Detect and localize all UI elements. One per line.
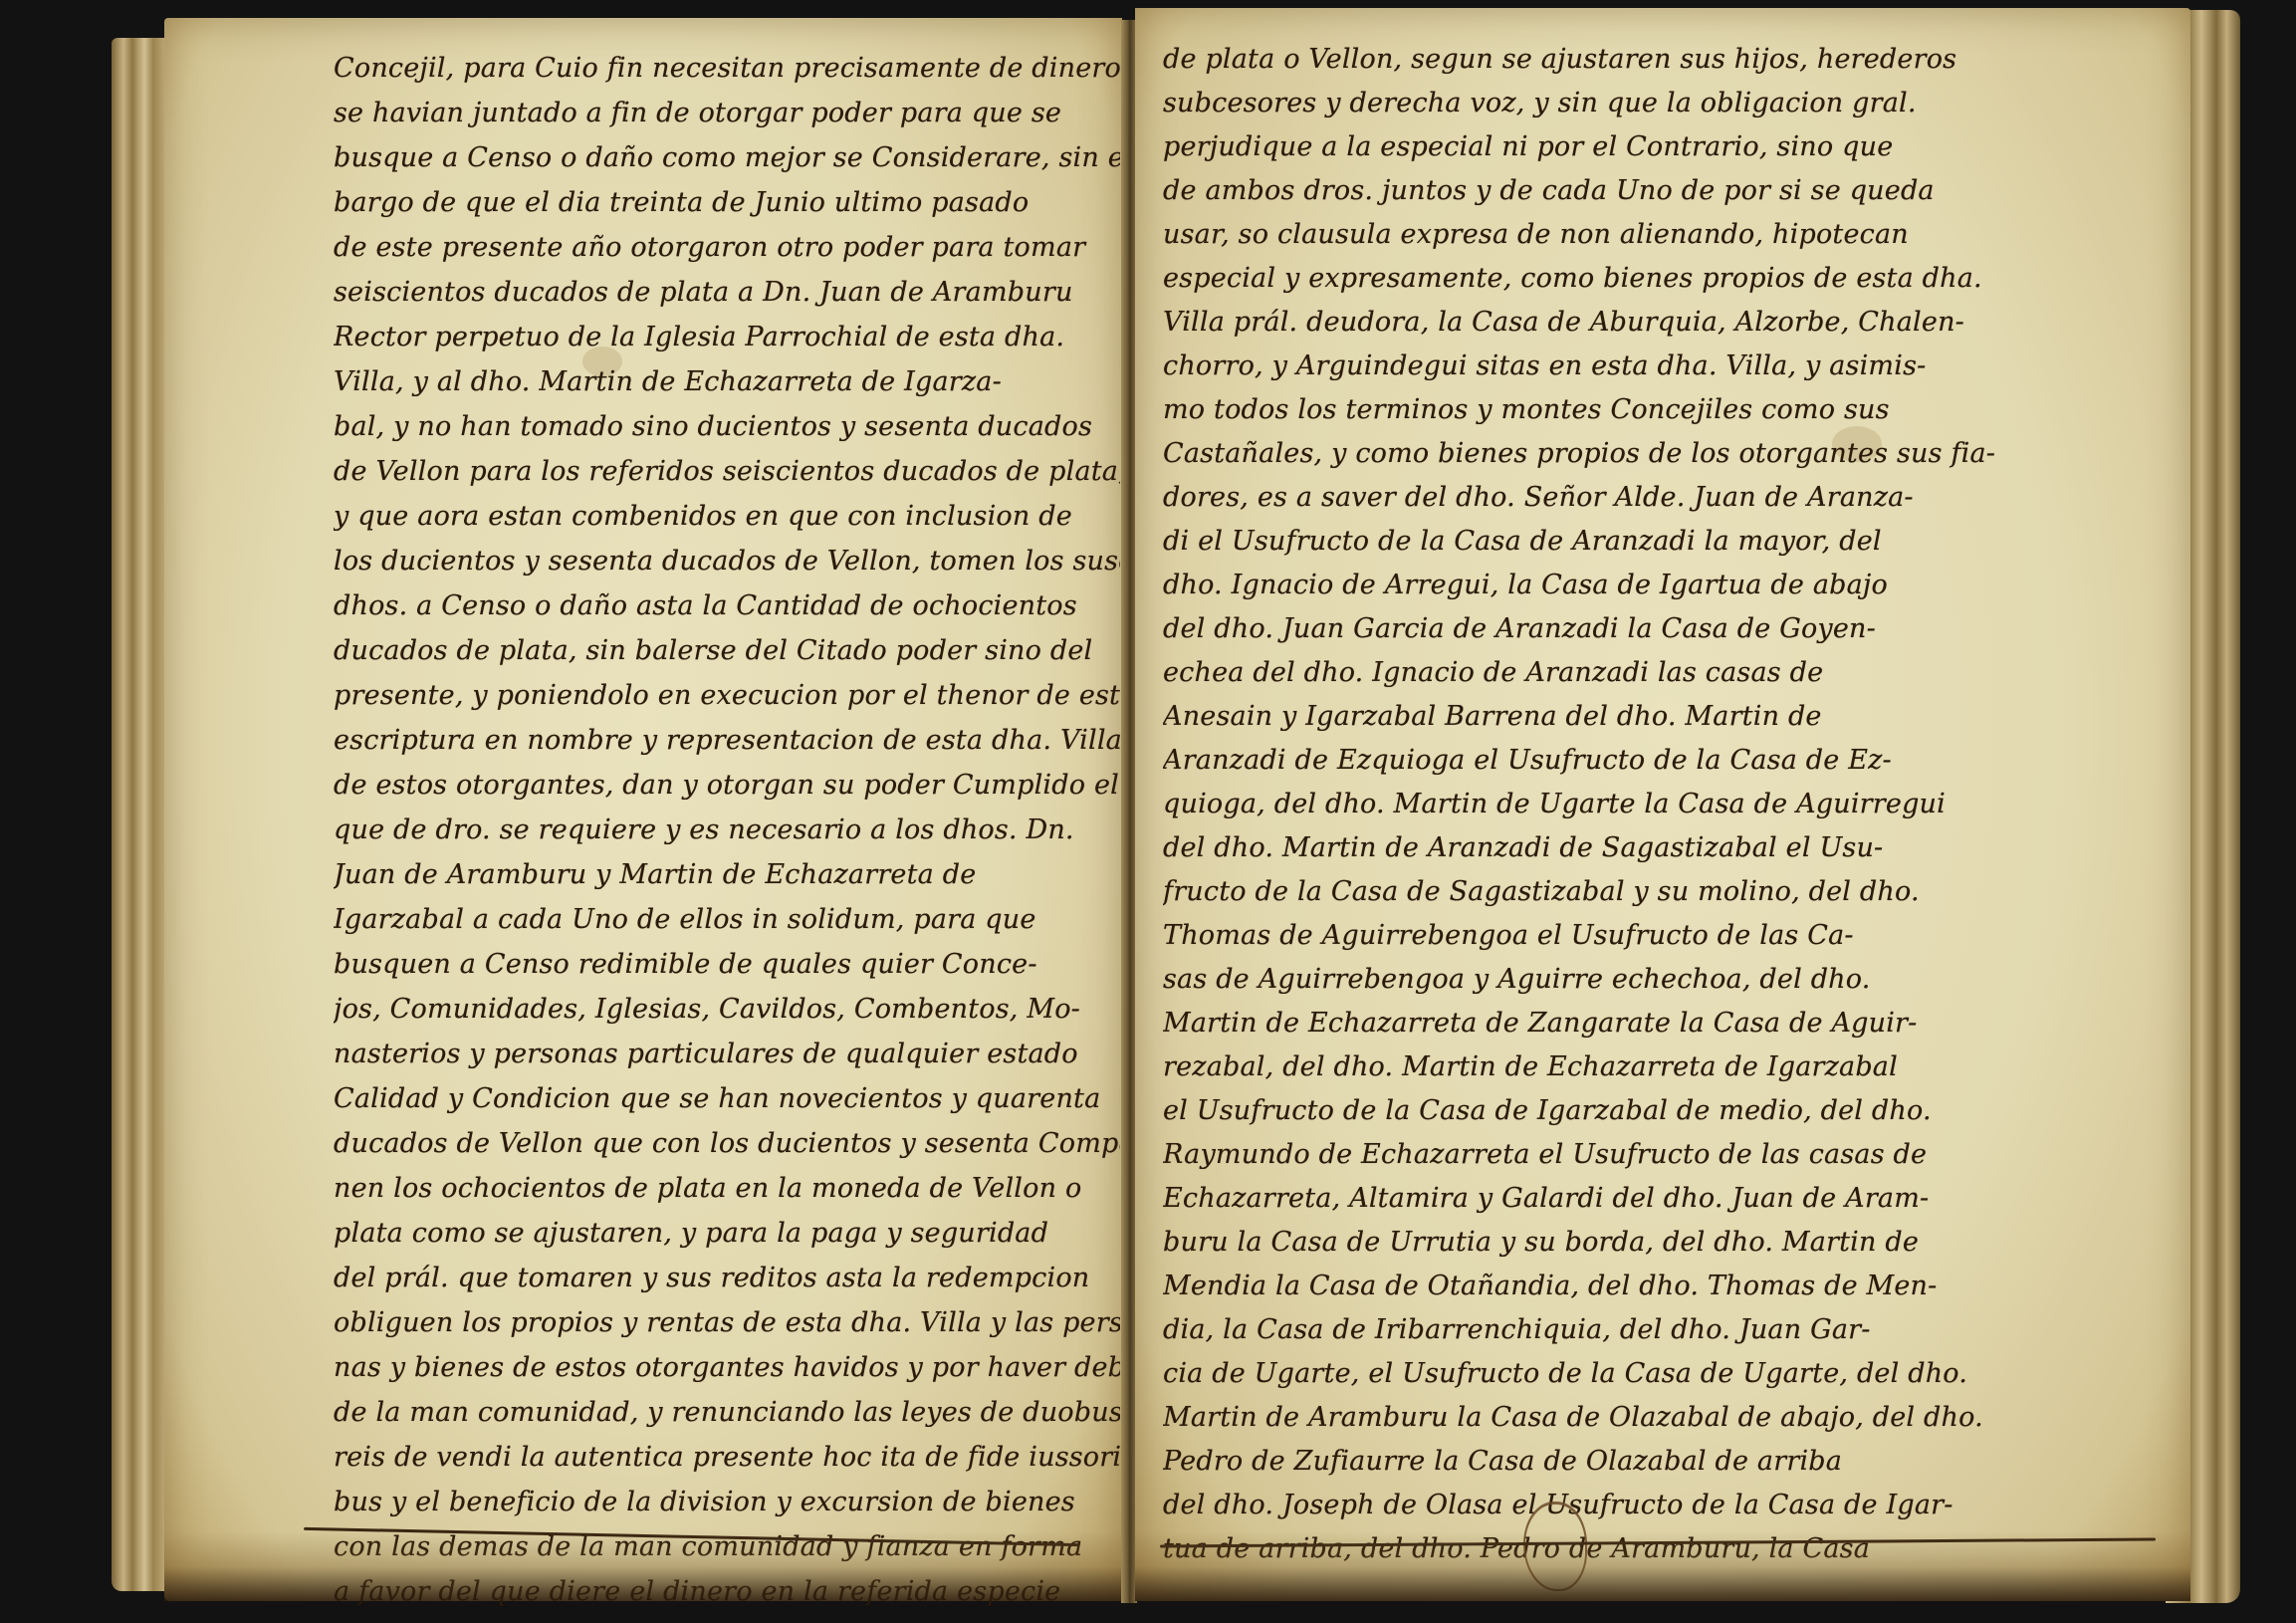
text-line: de plata o Vellon, segun se ajustaren su… (1163, 38, 2099, 82)
text-line: presente, y poniendolo en execucion por … (334, 673, 1120, 718)
text-line: bus y el beneficio de la division y excu… (334, 1480, 1120, 1524)
text-line: que de dro. se requiere y es necesario a… (334, 808, 1120, 852)
text-line: ducados de Vellon que con los ducientos … (334, 1121, 1120, 1166)
text-line: usar, so clausula expresa de non alienan… (1163, 213, 2099, 257)
text-line: ducados de plata, sin balerse del Citado… (334, 628, 1120, 673)
text-line: plata como se ajustaren, y para la paga … (334, 1211, 1120, 1256)
text-line: Pedro de Zufiaurre la Casa de Olazabal d… (1163, 1440, 2099, 1484)
text-line: busquen a Censo redimible de quales quie… (334, 942, 1120, 987)
left-page-text: Concejil, para Cuio fin necesitan precis… (334, 46, 1120, 1614)
text-line: Villa prál. deudora, la Casa de Aburquia… (1163, 301, 2099, 345)
text-line: quioga, del dho. Martin de Ugarte la Cas… (1163, 783, 2099, 826)
text-line: chorro, y Arguindegui sitas en esta dha.… (1163, 345, 2099, 388)
text-line: escriptura en nombre y representacion de… (334, 718, 1120, 763)
closing-flourish-line (1160, 1538, 2156, 1548)
text-line: seiscientos ducados de plata a Dn. Juan … (334, 270, 1120, 315)
text-line: se havian juntado a fin de otorgar poder… (334, 91, 1120, 135)
text-line: Martin de Echazarreta de Zangarate la Ca… (1163, 1002, 2099, 1045)
text-line: reis de vendi la autentica presente hoc … (334, 1435, 1120, 1480)
text-line: Juan de Aramburu y Martin de Echazarreta… (334, 852, 1120, 897)
rubric-flourish (1523, 1502, 1587, 1591)
text-line: echea del dho. Ignacio de Aranzadi las c… (1163, 651, 2099, 695)
text-line: del dho. Joseph de Olasa el Usufructo de… (1163, 1484, 2099, 1527)
text-line: rezabal, del dho. Martin de Echazarreta … (1163, 1045, 2099, 1089)
text-line: de ambos dros. juntos y de cada Uno de p… (1163, 169, 2099, 213)
text-line: Calidad y Condicion que se han novecient… (334, 1076, 1120, 1121)
text-line: sas de Aguirrebengoa y Aguirre echechoa,… (1163, 958, 2099, 1002)
text-line: dho. Ignacio de Arregui, la Casa de Igar… (1163, 564, 2099, 607)
text-line: subcesores y derecha voz, y sin que la o… (1163, 82, 2099, 125)
text-line: Concejil, para Cuio fin necesitan precis… (334, 46, 1120, 91)
text-line: y que aora estan combenidos en que con i… (334, 494, 1120, 539)
text-line: Villa, y al dho. Martin de Echazarreta d… (334, 359, 1120, 404)
text-line: Castañales, y como bienes propios de los… (1163, 432, 2099, 476)
text-line: con las demas de la man comunidad y fian… (334, 1524, 1120, 1569)
text-line: bal, y no han tomado sino ducientos y se… (334, 404, 1120, 449)
text-line: mo todos los terminos y montes Concejile… (1163, 388, 2099, 432)
text-line: di el Usufructo de la Casa de Aranzadi l… (1163, 520, 2099, 564)
text-line: a favor del que diere el dinero en la re… (334, 1569, 1120, 1614)
text-line: Anesain y Igarzabal Barrena del dho. Mar… (1163, 695, 2099, 739)
text-line: de la man comunidad, y renunciando las l… (334, 1390, 1120, 1435)
text-line: dia, la Casa de Iribarrenchiquia, del dh… (1163, 1308, 2099, 1352)
text-line: Rector perpetuo de la Iglesia Parrochial… (334, 315, 1120, 359)
text-line: nen los ochocientos de plata en la moned… (334, 1166, 1120, 1211)
text-line: de este presente año otorgaron otro pode… (334, 225, 1120, 270)
text-line: especial y expresamente, como bienes pro… (1163, 257, 2099, 301)
right-page-text: de plata o Vellon, segun se ajustaren su… (1163, 38, 2099, 1571)
text-line: nas y bienes de estos otorgantes havidos… (334, 1345, 1120, 1390)
text-line: dores, es a saver del dho. Señor Alde. J… (1163, 476, 2099, 520)
text-line: tua de arriba, del dho. Pedro de Arambur… (1163, 1527, 2099, 1571)
text-line: Martin de Aramburu la Casa de Olazabal d… (1163, 1396, 2099, 1440)
text-line: jos, Comunidades, Iglesias, Cavildos, Co… (334, 987, 1120, 1032)
text-line: del dho. Juan Garcia de Aranzadi la Casa… (1163, 607, 2099, 651)
text-line: del dho. Martin de Aranzadi de Sagastiza… (1163, 826, 2099, 870)
text-line: Igarzabal a cada Uno de ellos in solidum… (334, 897, 1120, 942)
right-page: 28 de plata o Vellon, segun se ajustaren… (1135, 8, 2190, 1601)
text-line: los ducientos y sesenta ducados de Vello… (334, 539, 1120, 583)
left-page: Concejil, para Cuio fin necesitan precis… (164, 18, 1122, 1601)
text-line: Aranzadi de Ezquioga el Usufructo de la … (1163, 739, 2099, 783)
text-line: de estos otorgantes, dan y otorgan su po… (334, 763, 1120, 808)
text-line: fructo de la Casa de Sagastizabal y su m… (1163, 870, 2099, 914)
text-line: perjudique a la especial ni por el Contr… (1163, 125, 2099, 169)
text-line: Thomas de Aguirrebengoa el Usufructo de … (1163, 914, 2099, 958)
text-line: buru la Casa de Urrutia y su borda, del … (1163, 1221, 2099, 1265)
text-line: nasterios y personas particulares de qua… (334, 1032, 1120, 1076)
text-line: de Vellon para los referidos seiscientos… (334, 449, 1120, 494)
text-line: busque a Censo o daño como mejor se Cons… (334, 135, 1120, 180)
text-line: del prál. que tomaren y sus reditos asta… (334, 1256, 1120, 1300)
manuscript-spread: Concejil, para Cuio fin necesitan precis… (0, 0, 2296, 1623)
text-line: cia de Ugarte, el Usufructo de la Casa d… (1163, 1352, 2099, 1396)
text-line: obliguen los propios y rentas de esta dh… (334, 1300, 1120, 1345)
left-leaf-edges (112, 38, 171, 1591)
text-line: dhos. a Censo o daño asta la Cantidad de… (334, 583, 1120, 628)
text-line: Echazarreta, Altamira y Galardi del dho.… (1163, 1177, 2099, 1221)
text-line: bargo de que el dia treinta de Junio ult… (334, 180, 1120, 225)
text-line: Raymundo de Echazarreta el Usufructo de … (1163, 1133, 2099, 1177)
text-line: el Usufructo de la Casa de Igarzabal de … (1163, 1089, 2099, 1133)
text-line: Mendia la Casa de Otañandia, del dho. Th… (1163, 1265, 2099, 1308)
